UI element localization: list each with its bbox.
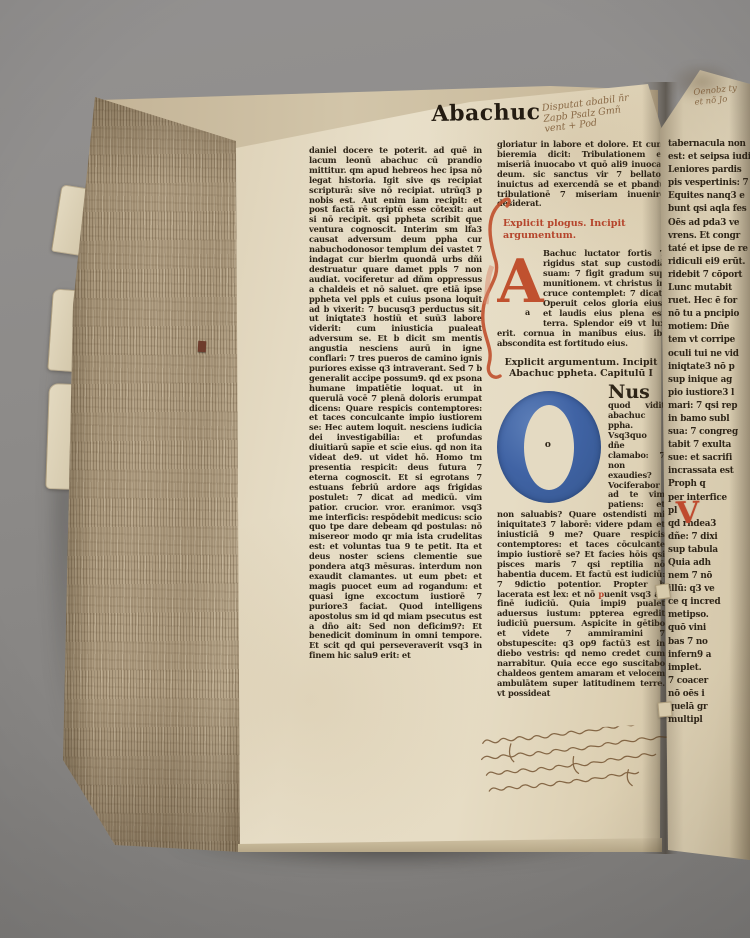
photo-vignette [0, 0, 750, 938]
photograph-of-open-incunable: Abachuc Disputat ababil ñrZapb Psalz Gmñ… [0, 0, 750, 938]
guide-letter: o [545, 441, 551, 451]
